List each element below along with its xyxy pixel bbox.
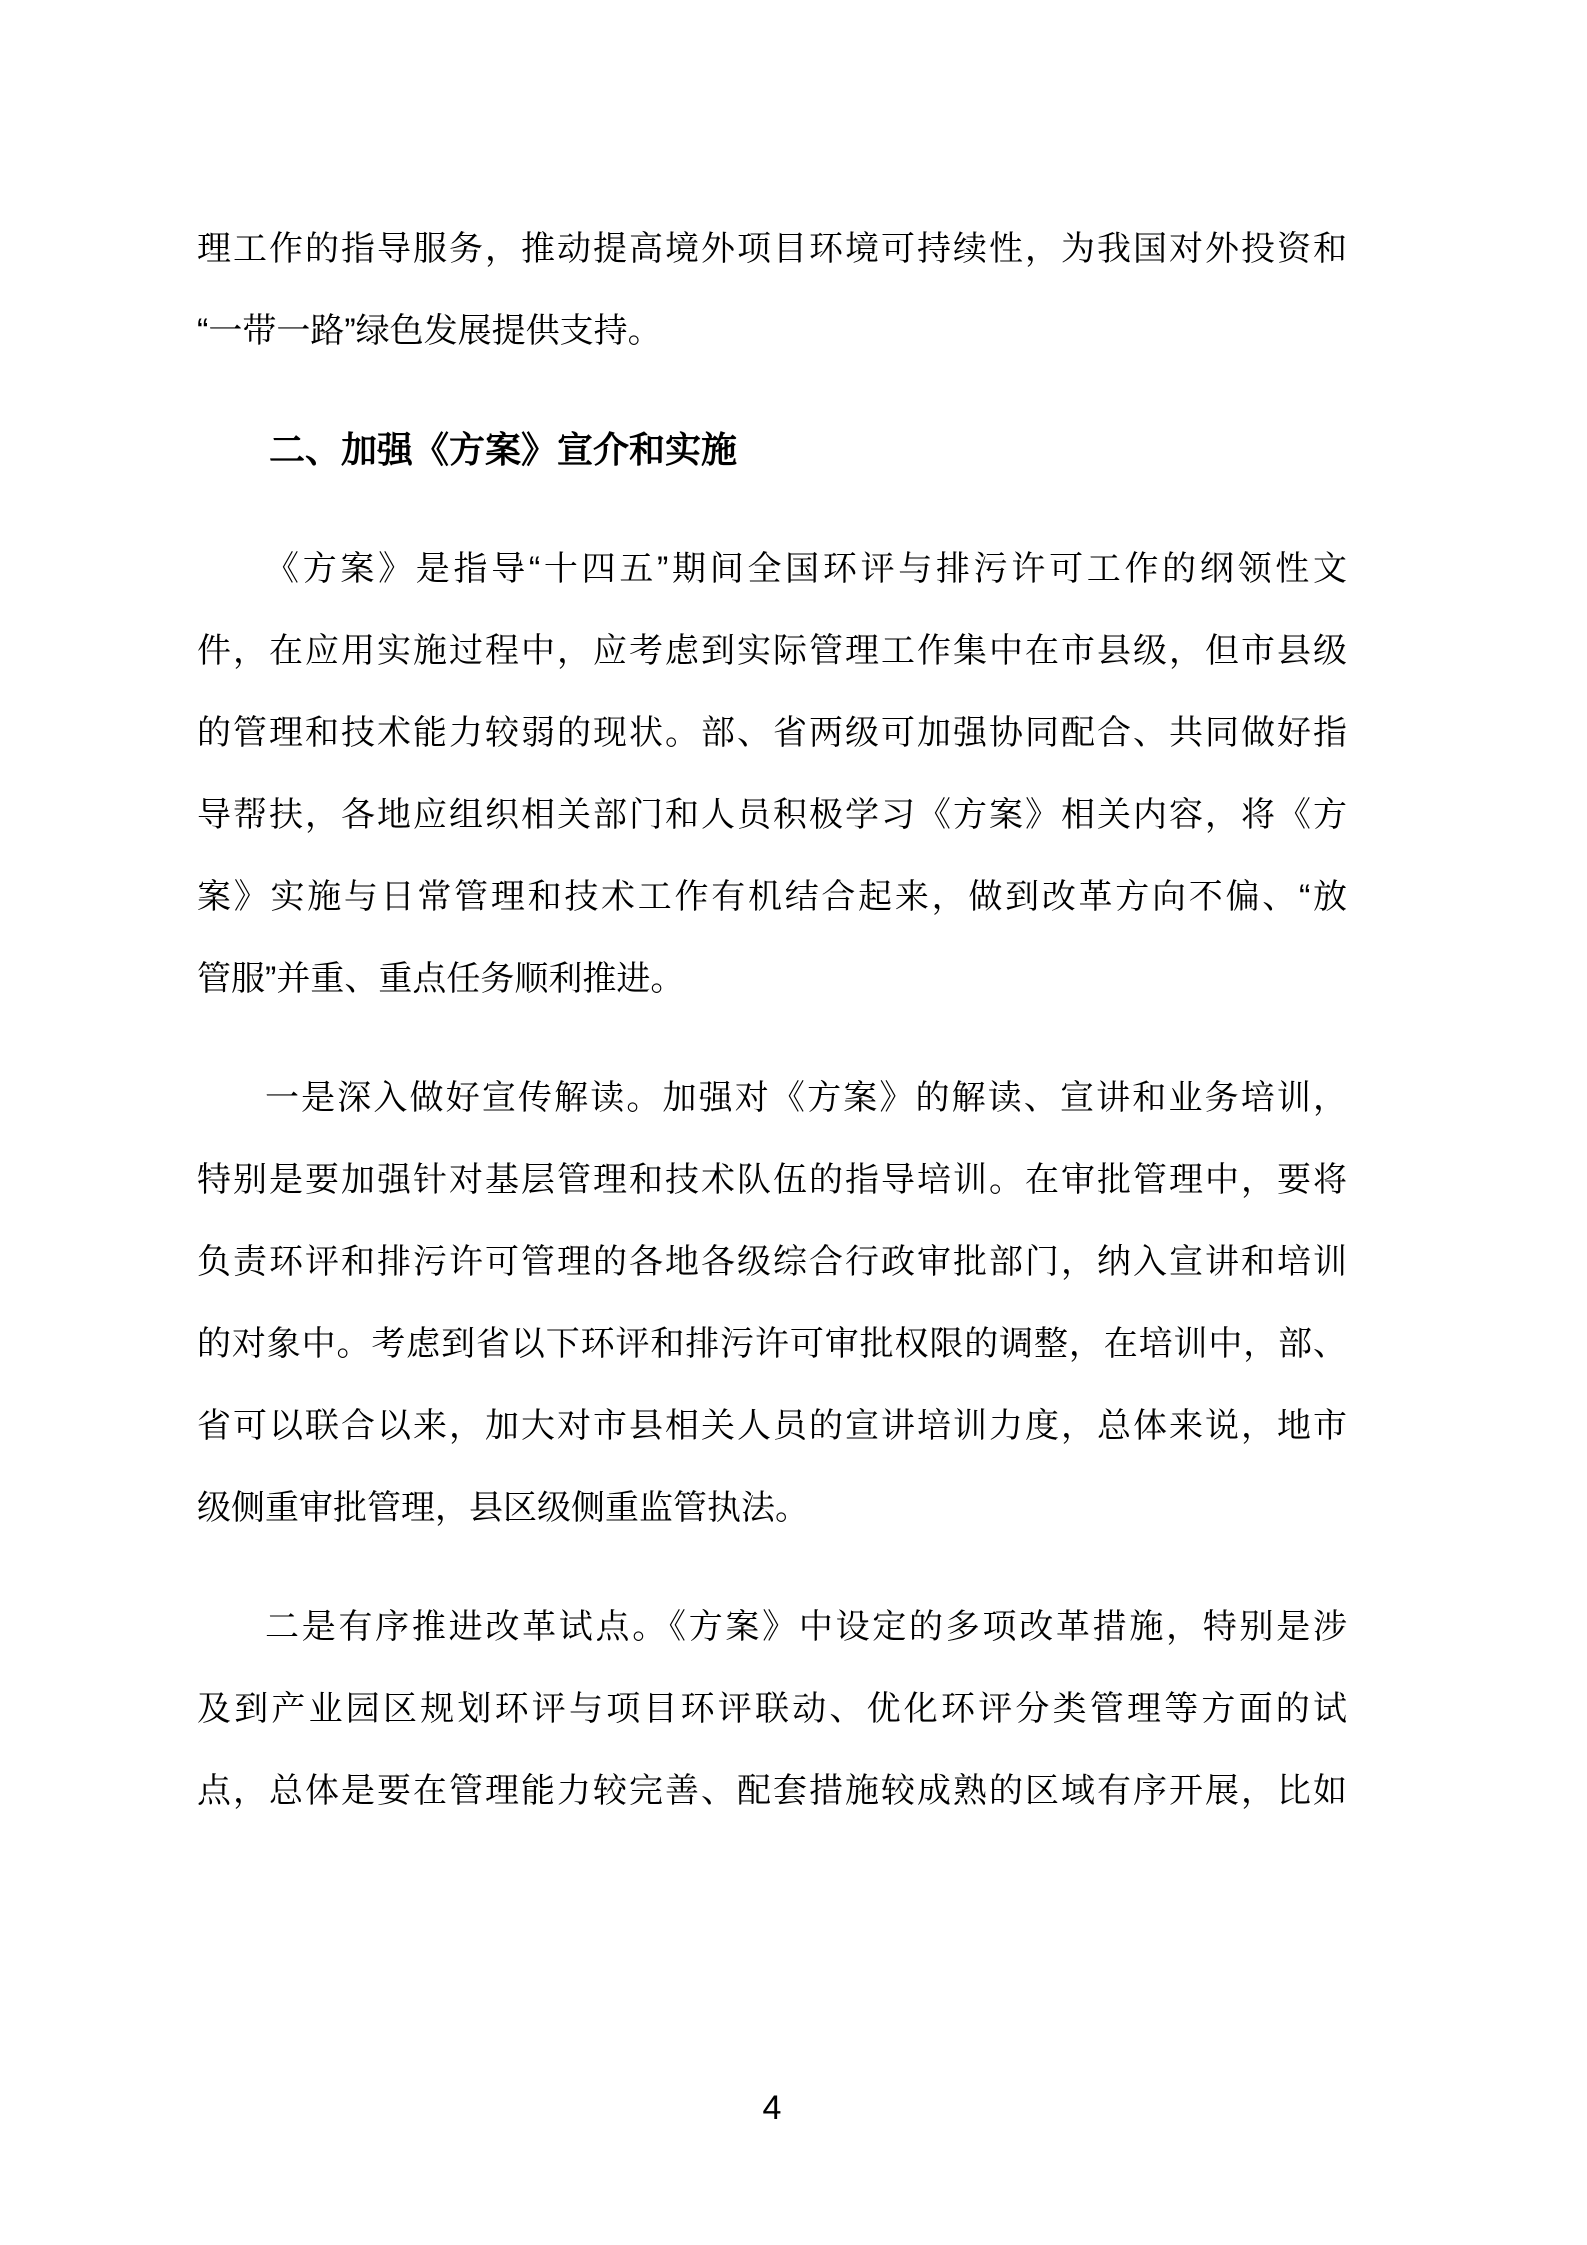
text-line: 省可以联合以来，加大对市县相关人员的宣讲培训力度，总体来说，地市	[197, 1385, 1347, 1467]
text-line: 《方案》是指导“十四五”期间全国环评与排污许可工作的纲领性文	[197, 528, 1347, 610]
text-line: 件，在应用实施过程中，应考虑到实际管理工作集中在市县级，但市县级	[197, 610, 1347, 692]
document-page: 理工作的指导服务，推动提高境外项目环境可持续性，为我国对外投资和 “一带一路”绿…	[0, 0, 1587, 2245]
text-line: 一是深入做好宣传解读。加强对《方案》的解读、宣讲和业务培训，	[197, 1057, 1347, 1139]
paragraph-continuation: 理工作的指导服务，推动提高境外项目环境可持续性，为我国对外投资和 “一带一路”绿…	[197, 208, 1347, 372]
text-line: 理工作的指导服务，推动提高境外项目环境可持续性，为我国对外投资和	[197, 208, 1347, 290]
text-line: 点，总体是要在管理能力较完善、配套措施较成熟的区域有序开展，比如	[197, 1750, 1347, 1832]
page-body-text: 理工作的指导服务，推动提高境外项目环境可持续性，为我国对外投资和 “一带一路”绿…	[197, 208, 1347, 1832]
text-line: 级侧重审批管理，县区级侧重监管执法。	[197, 1467, 1347, 1549]
text-line: 的管理和技术能力较弱的现状。部、省两级可加强协同配合、共同做好指	[197, 692, 1347, 774]
paragraph: 一是深入做好宣传解读。加强对《方案》的解读、宣讲和业务培训， 特别是要加强针对基…	[197, 1057, 1347, 1549]
text-line: 导帮扶，各地应组织相关部门和人员积极学习《方案》相关内容，将《方	[197, 774, 1347, 856]
section-heading: 二、加强《方案》宣介和实施	[197, 409, 1347, 491]
page-number: 4	[197, 2083, 1347, 2133]
text-line: 负责环评和排污许可管理的各地各级综合行政审批部门，纳入宣讲和培训	[197, 1221, 1347, 1303]
text-line: “一带一路”绿色发展提供支持。	[197, 290, 1347, 372]
text-line: 的对象中。考虑到省以下环评和排污许可审批权限的调整，在培训中，部、	[197, 1303, 1347, 1385]
paragraph: 《方案》是指导“十四五”期间全国环评与排污许可工作的纲领性文 件，在应用实施过程…	[197, 528, 1347, 1020]
text-line: 管服”并重、重点任务顺利推进。	[197, 938, 1347, 1020]
text-line: 特别是要加强针对基层管理和技术队伍的指导培训。在审批管理中，要将	[197, 1139, 1347, 1221]
text-line: 案》实施与日常管理和技术工作有机结合起来，做到改革方向不偏、“放	[197, 856, 1347, 938]
paragraph: 二是有序推进改革试点。《方案》中设定的多项改革措施，特别是涉 及到产业园区规划环…	[197, 1586, 1347, 1832]
text-line: 及到产业园区规划环评与项目环评联动、优化环评分类管理等方面的试	[197, 1668, 1347, 1750]
text-line: 二是有序推进改革试点。《方案》中设定的多项改革措施，特别是涉	[197, 1586, 1347, 1668]
